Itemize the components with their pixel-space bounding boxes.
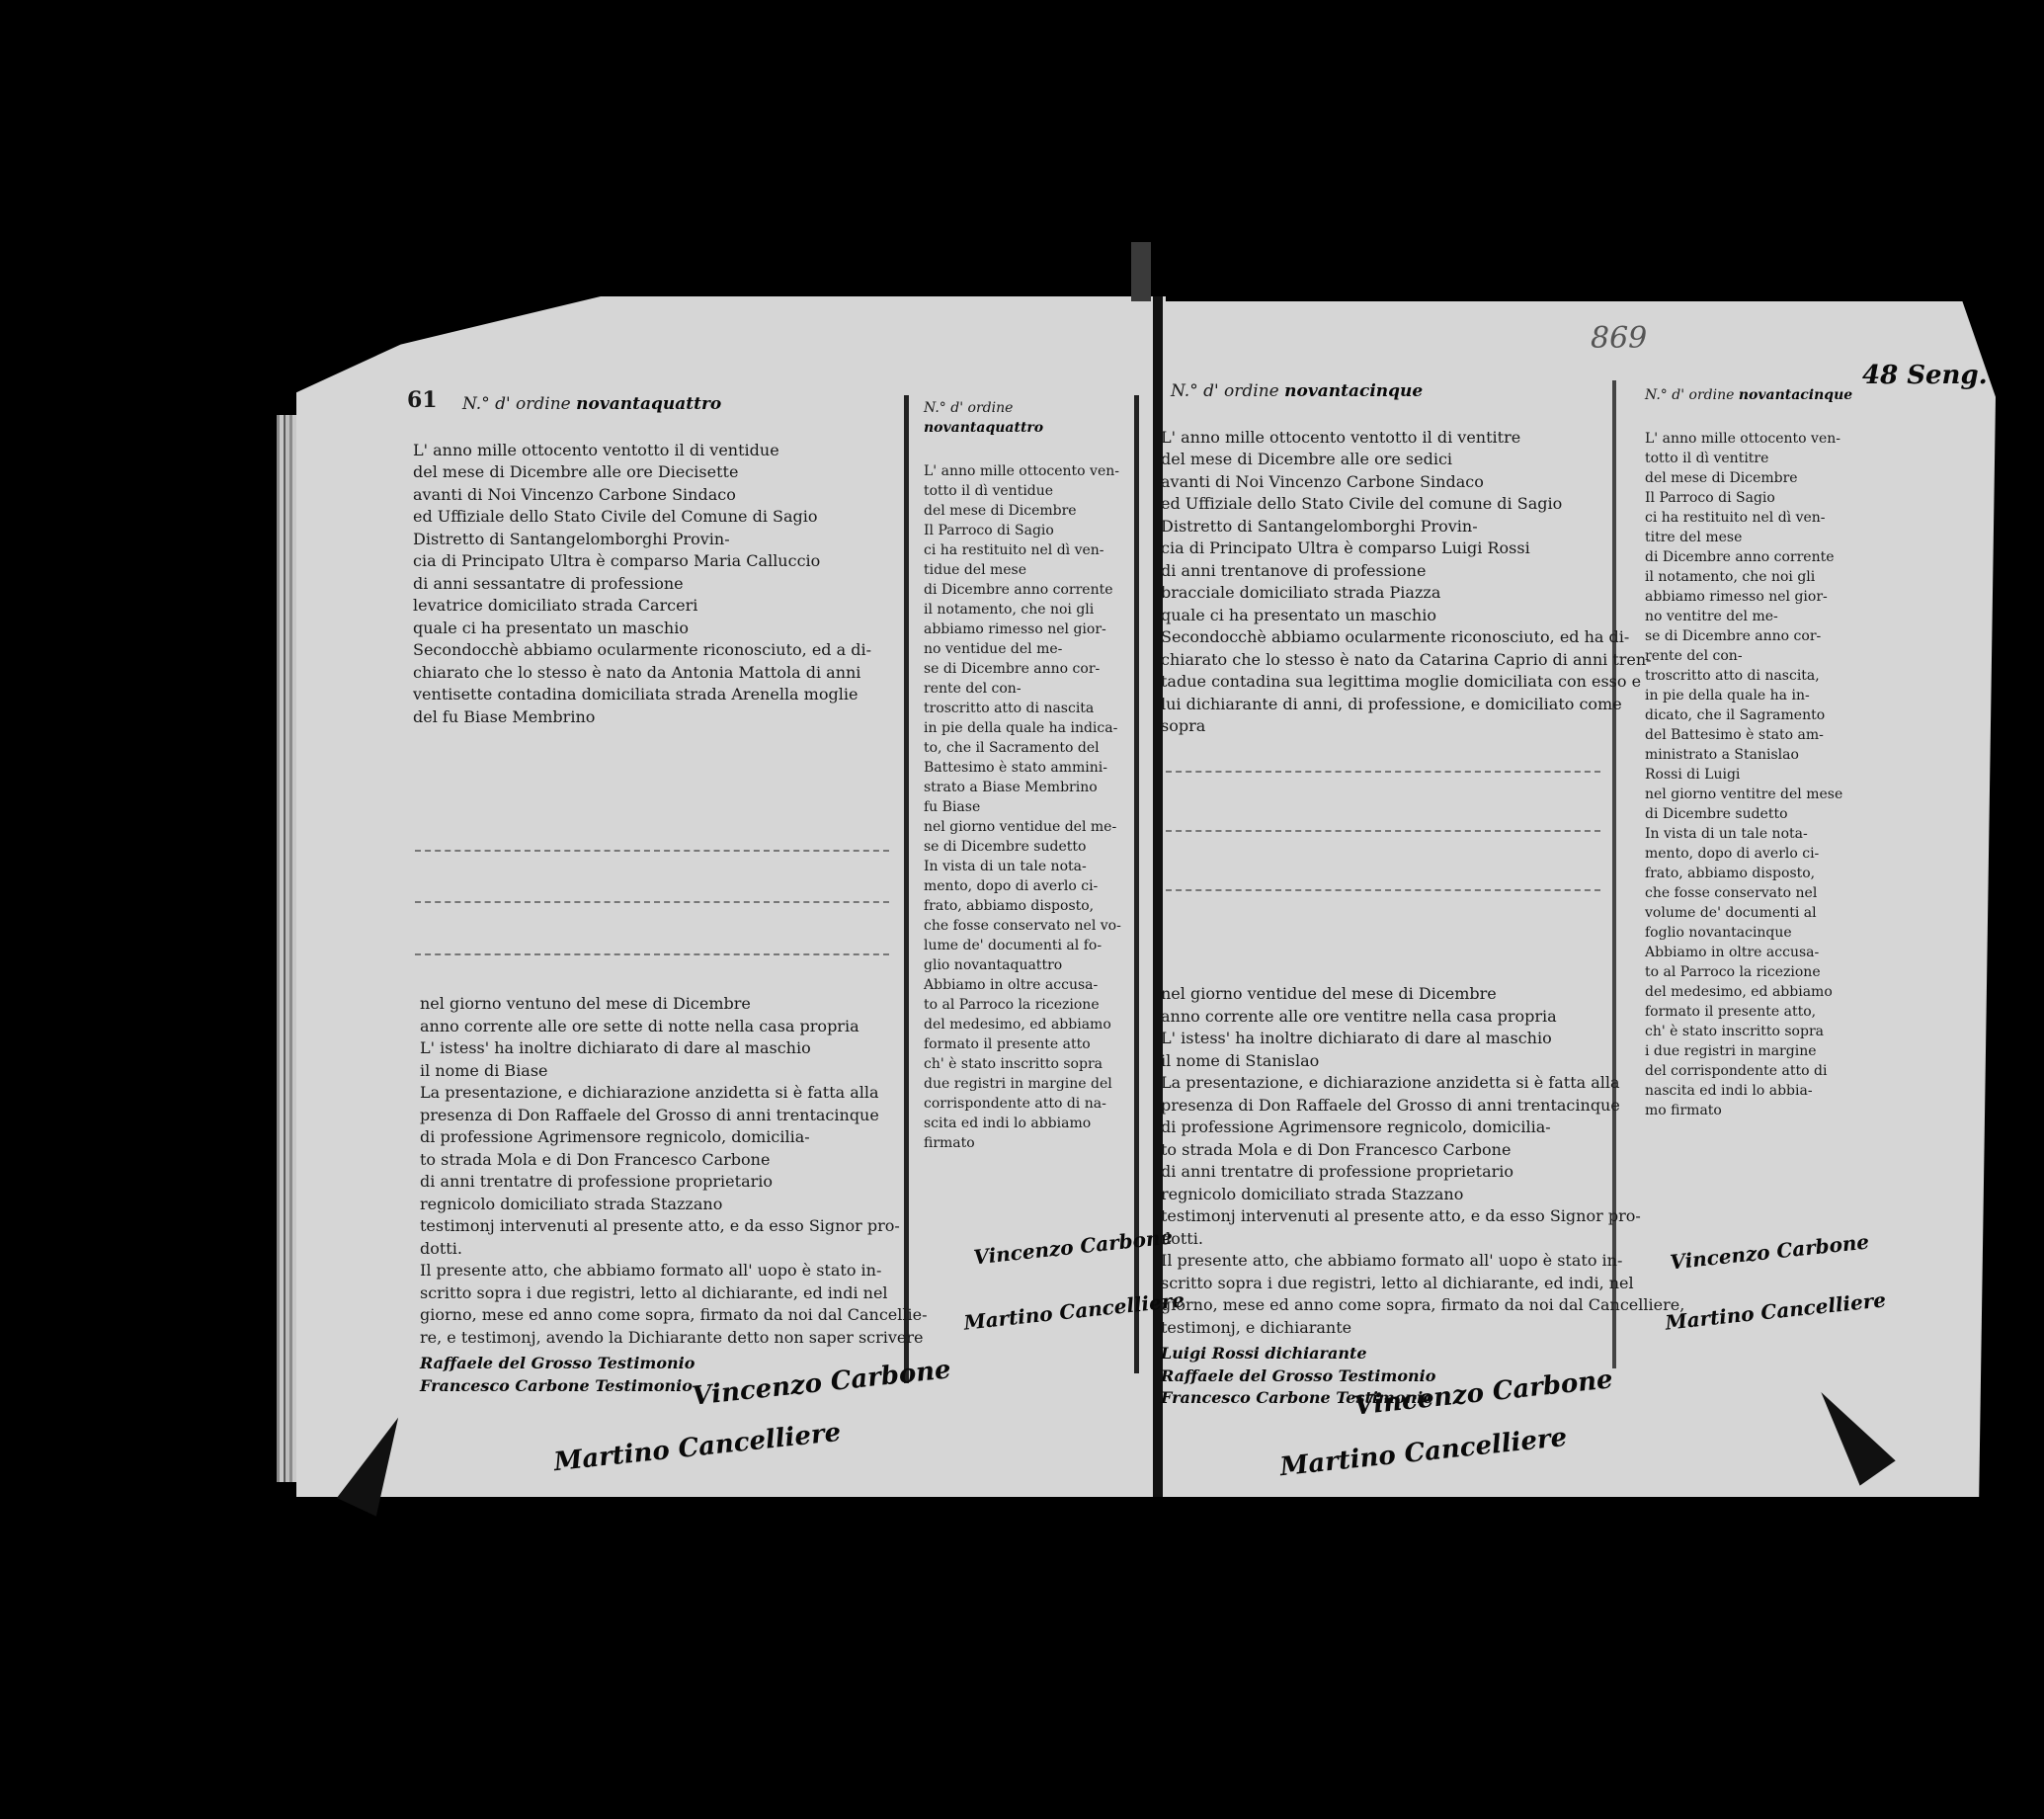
text-line: di professione Agrimensore regnicolo, do… (420, 1126, 904, 1149)
text-line: Distretto di Santangelomborghi Provin- (413, 529, 897, 551)
text-line: fu Biase (924, 797, 1131, 817)
guide-line (415, 850, 889, 852)
text-line: Rossi di Luigi (1645, 765, 1892, 785)
text-line: avanti di Noi Vincenzo Carbone Sindaco (1161, 471, 1615, 494)
text-line: to strada Mola e di Don Francesco Carbon… (1161, 1139, 1615, 1162)
text-line: che fosse conservato nel vo- (924, 916, 1131, 936)
text-line: di Dicembre sudetto (1645, 804, 1892, 824)
text-line: due registri in margine del (924, 1074, 1131, 1094)
text-line: ci ha restituito nel dì ven- (924, 540, 1131, 560)
text-line: Distretto di Santangelomborghi Provin- (1161, 516, 1615, 538)
text-line: anno corrente alle ore ventitre nella ca… (1161, 1006, 1615, 1029)
text-line: corrispondente atto di na- (924, 1094, 1131, 1114)
column-rule (904, 395, 909, 1383)
text-line: che fosse conservato nel (1645, 883, 1892, 903)
text-line: ch' è stato inscritto sopra (1645, 1022, 1892, 1041)
text-line: mento, dopo di averlo ci- (924, 876, 1131, 896)
record-header: N.° d' ordine novantacinque (1645, 385, 1892, 405)
text-line: Abbiamo in oltre accusa- (1645, 943, 1892, 962)
binding-ribbon (1131, 242, 1151, 301)
text-line: Secondocchè abbiamo ocularmente riconosc… (413, 639, 897, 662)
text-line: di anni trentanove di professione (1161, 560, 1615, 583)
text-line: dotti. (1161, 1228, 1615, 1251)
record-header: N.° d' ordine novantaquattro (924, 398, 1131, 438)
text-line: ed Uffiziale dello Stato Civile del Comu… (413, 506, 897, 529)
text-line: ministrato a Stanislao (1645, 745, 1892, 765)
text-line: troscritto atto di nascita, (1645, 666, 1892, 686)
text-line: di anni trentatre di professione proprie… (1161, 1161, 1615, 1184)
record-body: L' anno mille ottocento ventotto il di v… (413, 440, 897, 729)
text-line: to, che il Sacramento del (924, 738, 1131, 758)
text-line: cia di Principato Ultra è comparso Maria… (413, 550, 897, 573)
text-line: giorno, mese ed anno come sopra, firmato… (420, 1304, 904, 1327)
text-line: Secondocchè abbiamo ocularmente riconosc… (1161, 626, 1615, 649)
text-line: mento, dopo di averlo ci- (1645, 844, 1892, 864)
text-line: il nome di Stanislao (1161, 1050, 1615, 1073)
text-line: dotti. (420, 1238, 904, 1261)
text-line: L' istess' ha inoltre dichiarato di dare… (1161, 1028, 1615, 1050)
text-line: di anni sessantatre di professione (413, 573, 897, 596)
text-line: lume de' documenti al fo- (924, 936, 1131, 955)
text-line: i due registri in margine (1645, 1041, 1892, 1061)
text-line: volume de' documenti al (1645, 903, 1892, 923)
text-line: levatrice domiciliato strada Carceri (413, 595, 897, 618)
text-line: L' anno mille ottocento ventotto il di v… (1161, 427, 1615, 450)
record-header: N.° d' ordine novantacinque (1161, 380, 1615, 403)
text-line: di Dicembre anno corrente (1645, 547, 1892, 567)
text-line: nascita ed indi lo abbia- (1645, 1081, 1892, 1101)
text-line: se di Dicembre anno cor- (924, 659, 1131, 679)
text-line: troscritto atto di nascita (924, 699, 1131, 718)
text-line: to strada Mola e di Don Francesco Carbon… (420, 1149, 904, 1172)
text-line: no ventitre del me- (1645, 607, 1892, 626)
record-body: L' anno mille ottocento ven-totto il dì … (924, 461, 1131, 1153)
guide-line (1166, 771, 1600, 773)
text-line: del medesimo, ed abbiamo (1645, 982, 1892, 1002)
text-line: il notamento, che noi gli (1645, 567, 1892, 587)
text-line: ci ha restituito nel dì ven- (1645, 508, 1892, 528)
right-margin-record: N.° d' ordine novantacinque L' anno mill… (1645, 385, 1892, 1120)
text-line: anno corrente alle ore sette di notte ne… (420, 1016, 904, 1038)
text-line: tidue del mese (924, 560, 1131, 580)
text-line: Luigi Rossi dichiarante (1161, 1343, 1615, 1365)
text-line: rente del con- (924, 679, 1131, 699)
text-line: quale ci ha presentato un maschio (1161, 605, 1615, 627)
text-line: formato il presente atto, (1645, 1002, 1892, 1022)
text-line: In vista di un tale nota- (924, 857, 1131, 876)
text-line: del fu Biase Membrino (413, 706, 897, 729)
text-line: del mese di Dicembre alle ore sedici (1161, 449, 1615, 471)
text-line: Il presente atto, che abbiamo formato al… (420, 1260, 904, 1282)
text-line: del corrispondente atto di (1645, 1061, 1892, 1081)
text-line: rente del con- (1645, 646, 1892, 666)
text-line: ventisette contadina domiciliata strada … (413, 684, 897, 706)
text-line: bracciale domiciliato strada Piazza (1161, 582, 1615, 605)
text-line: glio novantaquattro (924, 955, 1131, 975)
text-line: L' anno mille ottocento ventotto il di v… (413, 440, 897, 462)
text-line: Il presente atto, che abbiamo formato al… (1161, 1250, 1615, 1273)
text-line: L' istess' ha inoltre dichiarato di dare… (420, 1037, 904, 1060)
text-line: regnicolo domiciliato strada Stazzano (1161, 1184, 1615, 1206)
text-line: frato, abbiamo disposto, (924, 896, 1131, 916)
text-line: se di Dicembre anno cor- (1645, 626, 1892, 646)
order-number: novantaquattro (576, 394, 721, 414)
text-line: presenza di Don Raffaele del Grosso di a… (420, 1105, 904, 1127)
text-line: regnicolo domiciliato strada Stazzano (420, 1194, 904, 1216)
text-line: avanti di Noi Vincenzo Carbone Sindaco (413, 484, 897, 507)
text-line: L' anno mille ottocento ven- (1645, 429, 1892, 449)
text-line: re, e testimonj, avendo la Dichiarante d… (420, 1327, 904, 1350)
text-line: formato il presente atto (924, 1034, 1131, 1054)
right-main-record: N.° d' ordine novantacinque L' anno mill… (1161, 380, 1615, 738)
text-line: il notamento, che noi gli (924, 600, 1131, 620)
text-line: del mese di Dicembre alle ore Diecisette (413, 461, 897, 484)
left-main-record-continued: nel giorno ventuno del mese di Dicembrea… (420, 993, 904, 1397)
text-line: no ventidue del me- (924, 639, 1131, 659)
text-line: nel giorno ventidue del me- (924, 817, 1131, 837)
text-line: Battesimo è stato ammini- (924, 758, 1131, 778)
text-line: cia di Principato Ultra è comparso Luigi… (1161, 537, 1615, 560)
text-line: testimonj, e dichiarante (1161, 1317, 1615, 1340)
text-line: strato a Biase Membrino (924, 778, 1131, 797)
text-line: giorno, mese ed anno come sopra, firmato… (1161, 1294, 1615, 1317)
text-line: firmato (924, 1133, 1131, 1153)
text-line: nel giorno ventitre del mese (1645, 785, 1892, 804)
text-line: La presentazione, e dichiarazione anzide… (420, 1082, 904, 1105)
text-line: del mese di Dicembre (924, 501, 1131, 521)
text-line: chiarato che lo stesso è nato da Antonia… (413, 662, 897, 685)
text-line: del medesimo, ed abbiamo (924, 1015, 1131, 1034)
right-main-record-continued: nel giorno ventidue del mese di Dicembre… (1161, 983, 1615, 1410)
text-line: Il Parroco di Sagio (1645, 488, 1892, 508)
text-line: Abbiamo in oltre accusa- (924, 975, 1131, 995)
text-line: to al Parroco la ricezione (924, 995, 1131, 1015)
text-line: abbiamo rimesso nel gior- (924, 620, 1131, 639)
guide-line (1166, 889, 1600, 891)
text-line: il nome di Biase (420, 1060, 904, 1083)
text-line: L' anno mille ottocento ven- (924, 461, 1131, 481)
text-line: del Battesimo è stato am- (1645, 725, 1892, 745)
text-line: foglio novantacinque (1645, 923, 1892, 943)
text-line: testimonj intervenuti al presente atto, … (420, 1215, 904, 1238)
text-line: La presentazione, e dichiarazione anzide… (1161, 1072, 1615, 1095)
text-line: presenza di Don Raffaele del Grosso di a… (1161, 1095, 1615, 1117)
text-line: Il Parroco di Sagio (924, 521, 1131, 540)
text-line: chiarato che lo stesso è nato da Catarin… (1161, 649, 1615, 672)
text-line: titre del mese (1645, 528, 1892, 547)
text-line: scritto sopra i due registri, letto al d… (1161, 1273, 1615, 1295)
text-line: frato, abbiamo disposto, (1645, 864, 1892, 883)
text-line: totto il dì ventidue (924, 481, 1131, 501)
text-line: in pie della quale ha in- (1645, 686, 1892, 705)
text-line: dicato, che il Sagramento (1645, 705, 1892, 725)
order-number: novantacinque (1284, 381, 1423, 401)
text-line: scita ed indi lo abbiamo (924, 1114, 1131, 1133)
text-line: nel giorno ventidue del mese di Dicembre (1161, 983, 1615, 1006)
text-line: testimonj intervenuti al presente atto, … (1161, 1205, 1615, 1228)
guide-line (1166, 830, 1600, 832)
stamp-number: 869 (1591, 321, 1647, 356)
text-line: totto il dì ventitre (1645, 449, 1892, 468)
left-main-record: N.° d' ordine novantaquattro L' anno mil… (413, 393, 897, 728)
record-body: L' anno mille ottocento ven-totto il dì … (1645, 429, 1892, 1120)
text-line: di Dicembre anno corrente (924, 580, 1131, 600)
text-line: di anni trentatre di professione proprie… (420, 1171, 904, 1194)
text-line: quale ci ha presentato un maschio (413, 618, 897, 640)
guide-line (415, 953, 889, 955)
left-margin-record: N.° d' ordine novantaquattro L' anno mil… (924, 398, 1131, 1153)
text-line: ch' è stato inscritto sopra (924, 1054, 1131, 1074)
guide-line (415, 901, 889, 903)
text-line: nel giorno ventuno del mese di Dicembre (420, 993, 904, 1016)
record-body: nel giorno ventuno del mese di Dicembrea… (420, 993, 904, 1349)
text-line: in pie della quale ha indica- (924, 718, 1131, 738)
text-line: tadue contadina sua legittima moglie dom… (1161, 671, 1615, 694)
text-line: sopra (1161, 715, 1615, 738)
text-line: abbiamo rimesso nel gior- (1645, 587, 1892, 607)
text-line: mo firmato (1645, 1101, 1892, 1120)
text-line: lui dichiarante di anni, di professione,… (1161, 694, 1615, 716)
column-rule (1134, 395, 1139, 1373)
text-line: del mese di Dicembre (1645, 468, 1892, 488)
record-header: N.° d' ordine novantaquattro (413, 393, 897, 416)
text-line: ed Uffiziale dello Stato Civile del comu… (1161, 493, 1615, 516)
record-body: L' anno mille ottocento ventotto il di v… (1161, 427, 1615, 738)
text-line: se di Dicembre sudetto (924, 837, 1131, 857)
text-line: In vista di un tale nota- (1645, 824, 1892, 844)
text-line: di professione Agrimensore regnicolo, do… (1161, 1116, 1615, 1139)
text-line: to al Parroco la ricezione (1645, 962, 1892, 982)
scanned-register-spread: 61 869 48 Seng. N.° d' ordine novantaqua… (0, 0, 2044, 1819)
record-body: nel giorno ventidue del mese di Dicembre… (1161, 983, 1615, 1339)
text-line: scritto sopra i due registri, letto al d… (420, 1282, 904, 1305)
